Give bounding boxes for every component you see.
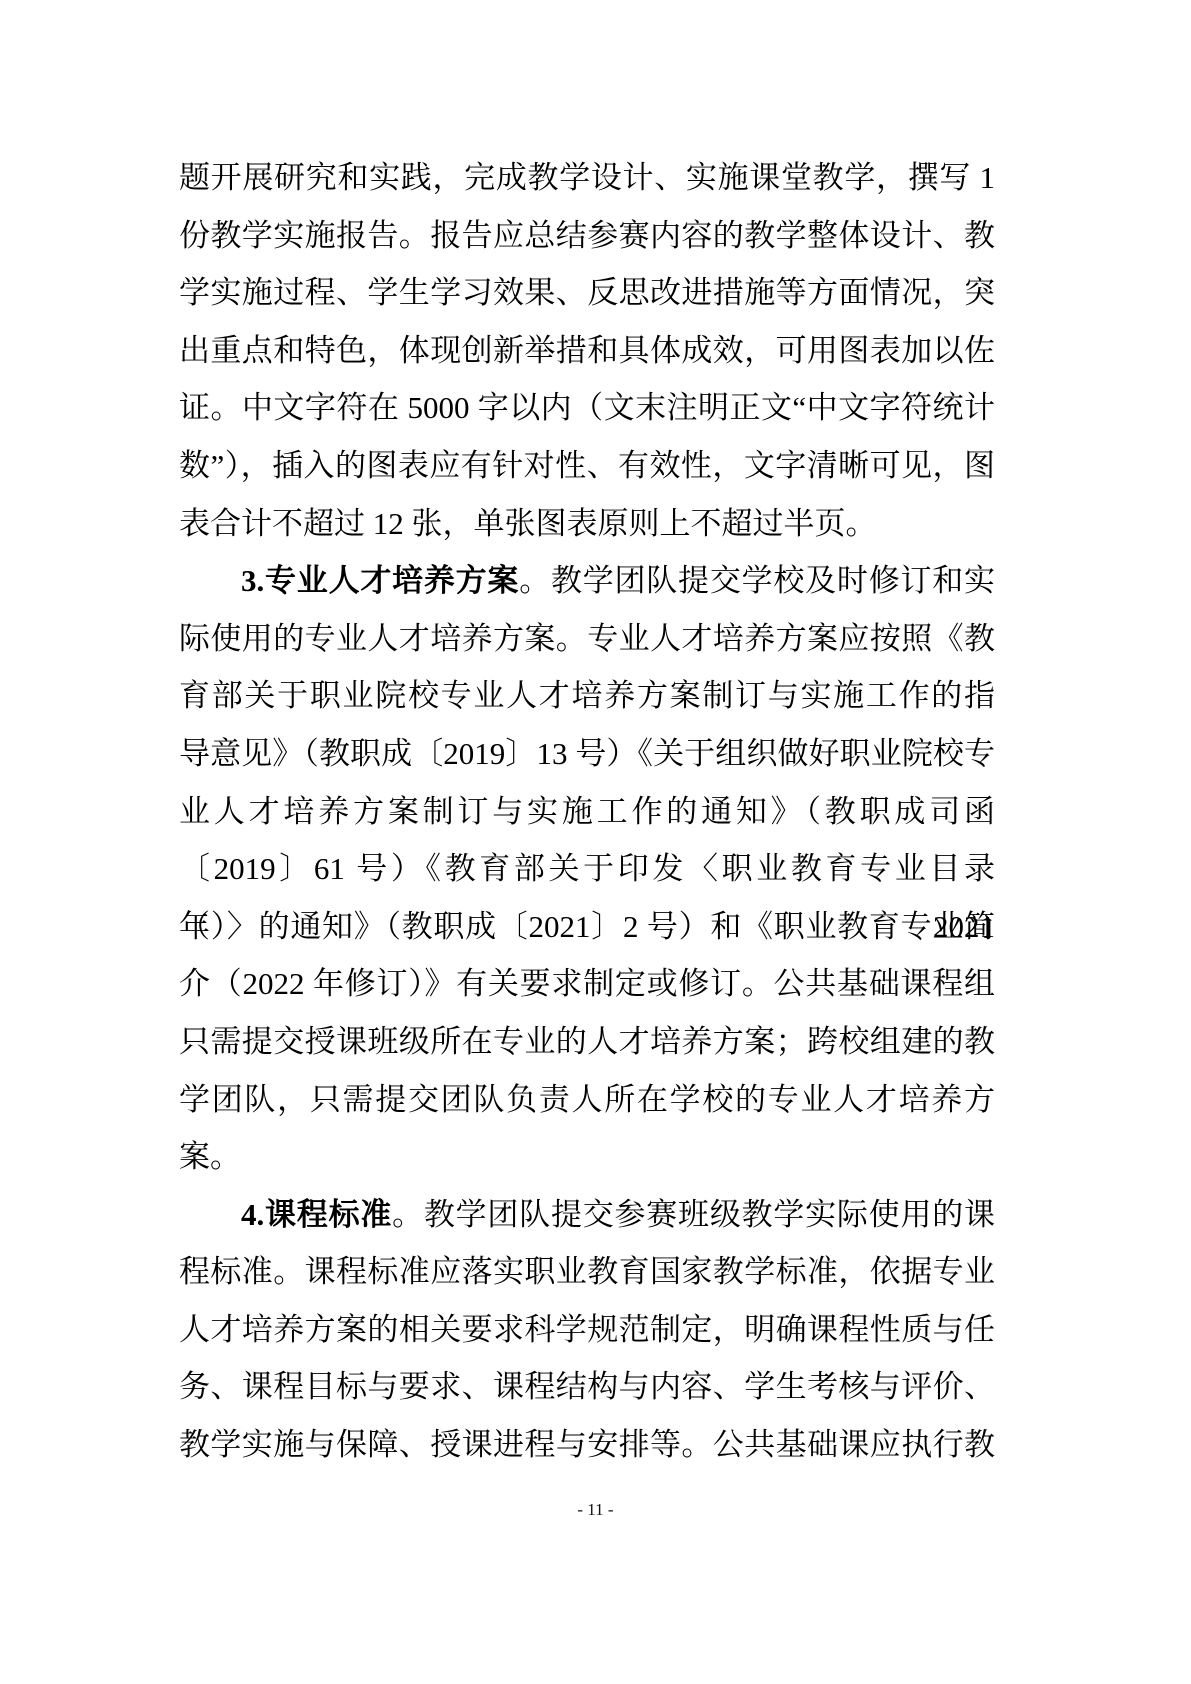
text-run: 证。中文字符在 5000 字以内（文末注明正文“中文字符统计 [179, 390, 995, 425]
text-line: 育部关于职业院校专业人才培养方案制订与实施工作的指 [179, 667, 995, 725]
text-line: 〔2019〕61 号）《教育部关于印发〈职业教育专业目录（2021 [179, 840, 995, 898]
text-line: 证。中文字符在 5000 字以内（文末注明正文“中文字符统计 [179, 379, 995, 437]
text-run: 数”），插入的图表应有针对性、有效性，文字清晰可见，图 [179, 448, 995, 483]
text-line: 份教学实施报告。报告应总结参赛内容的教学整体设计、教 [179, 207, 995, 265]
text-run: 。教学团队提交学校及时修订和实 [519, 563, 995, 598]
text-line: 表合计不超过 12 张，单张图表原则上不超过半页。 [179, 495, 995, 553]
paragraph-heading: 3.专业人才培养方案 [241, 563, 519, 598]
text-run: 只需提交授课班级所在专业的人才培养方案；跨校组建的教 [179, 1024, 995, 1059]
text-line: 3.专业人才培养方案。教学团队提交学校及时修订和实 [179, 552, 995, 610]
text-line: 案。 [179, 1128, 995, 1186]
text-line: 学实施过程、学生学习效果、反思改进措施等方面情况，突 [179, 264, 995, 322]
text-run: 介（2022 年修订）》有关要求制定或修订。公共基础课程组 [179, 966, 995, 1001]
text-run: 学团队，只需提交团队负责人所在学校的专业人才培养方 [179, 1082, 995, 1117]
text-line: 年）〉的通知》（教职成〔2021〕2 号）和《职业教育专业简 [179, 898, 995, 956]
text-line: 数”），插入的图表应有针对性、有效性，文字清晰可见，图 [179, 437, 995, 495]
text-run: 。教学团队提交参赛班级教学实际使用的课 [392, 1197, 995, 1232]
text-line: 学团队，只需提交团队负责人所在学校的专业人才培养方 [179, 1071, 995, 1129]
text-run: 务、课程目标与要求、课程结构与内容、学生考核与评价、 [179, 1369, 995, 1404]
text-run: 导意见》（教职成〔2019〕13 号）《关于组织做好职业院校专 [179, 736, 995, 771]
text-line: 程标准。课程标准应落实职业教育国家教学标准，依据专业 [179, 1243, 995, 1301]
text-run: 人才培养方案的相关要求科学规范制定，明确课程性质与任 [179, 1312, 995, 1347]
text-line: 业人才培养方案制订与实施工作的通知》（教职成司函 [179, 783, 995, 841]
text-run: 案。 [179, 1139, 241, 1174]
text-line: 出重点和特色，体现创新举措和具体成效，可用图表加以佐 [179, 322, 995, 380]
document-page: 题开展研究和实践，完成教学设计、实施课堂教学，撰写 1 份教学实施报告。报告应总… [0, 0, 1191, 1684]
text-line: 际使用的专业人才培养方案。专业人才培养方案应按照《教 [179, 610, 995, 668]
text-run: 份教学实施报告。报告应总结参赛内容的教学整体设计、教 [179, 218, 995, 253]
text-run: 出重点和特色，体现创新举措和具体成效，可用图表加以佐 [179, 333, 995, 368]
text-line: 题开展研究和实践，完成教学设计、实施课堂教学，撰写 1 [179, 149, 995, 207]
text-line: 教学实施与保障、授课进程与安排等。公共基础课应执行教 [179, 1416, 995, 1474]
text-line: 导意见》（教职成〔2019〕13 号）《关于组织做好职业院校专 [179, 725, 995, 783]
text-run: 育部关于职业院校专业人才培养方案制订与实施工作的指 [179, 678, 995, 713]
body-text: 题开展研究和实践，完成教学设计、实施课堂教学，撰写 1 份教学实施报告。报告应总… [179, 149, 995, 1474]
page-number: - 11 - [0, 1500, 1191, 1520]
text-run: 际使用的专业人才培养方案。专业人才培养方案应按照《教 [179, 621, 995, 656]
text-run: 业人才培养方案制订与实施工作的通知》（教职成司函 [179, 794, 995, 829]
text-line: 4.课程标准。教学团队提交参赛班级教学实际使用的课 [179, 1186, 995, 1244]
text-run: 程标准。课程标准应落实职业教育国家教学标准，依据专业 [179, 1254, 995, 1289]
text-line: 务、课程目标与要求、课程结构与内容、学生考核与评价、 [179, 1358, 995, 1416]
paragraph-heading: 4.课程标准 [241, 1197, 392, 1232]
text-line: 人才培养方案的相关要求科学规范制定，明确课程性质与任 [179, 1301, 995, 1359]
text-run: 学实施过程、学生学习效果、反思改进措施等方面情况，突 [179, 275, 995, 310]
text-line: 只需提交授课班级所在专业的人才培养方案；跨校组建的教 [179, 1013, 995, 1071]
text-line: 介（2022 年修订）》有关要求制定或修订。公共基础课程组 [179, 955, 995, 1013]
text-run: 教学实施与保障、授课进程与安排等。公共基础课应执行教 [179, 1427, 995, 1462]
text-run: 题开展研究和实践，完成教学设计、实施课堂教学，撰写 1 [179, 160, 995, 195]
text-run: 年）〉的通知》（教职成〔2021〕2 号）和《职业教育专业简 [179, 909, 995, 944]
text-run: 表合计不超过 12 张，单张图表原则上不超过半页。 [179, 506, 877, 541]
